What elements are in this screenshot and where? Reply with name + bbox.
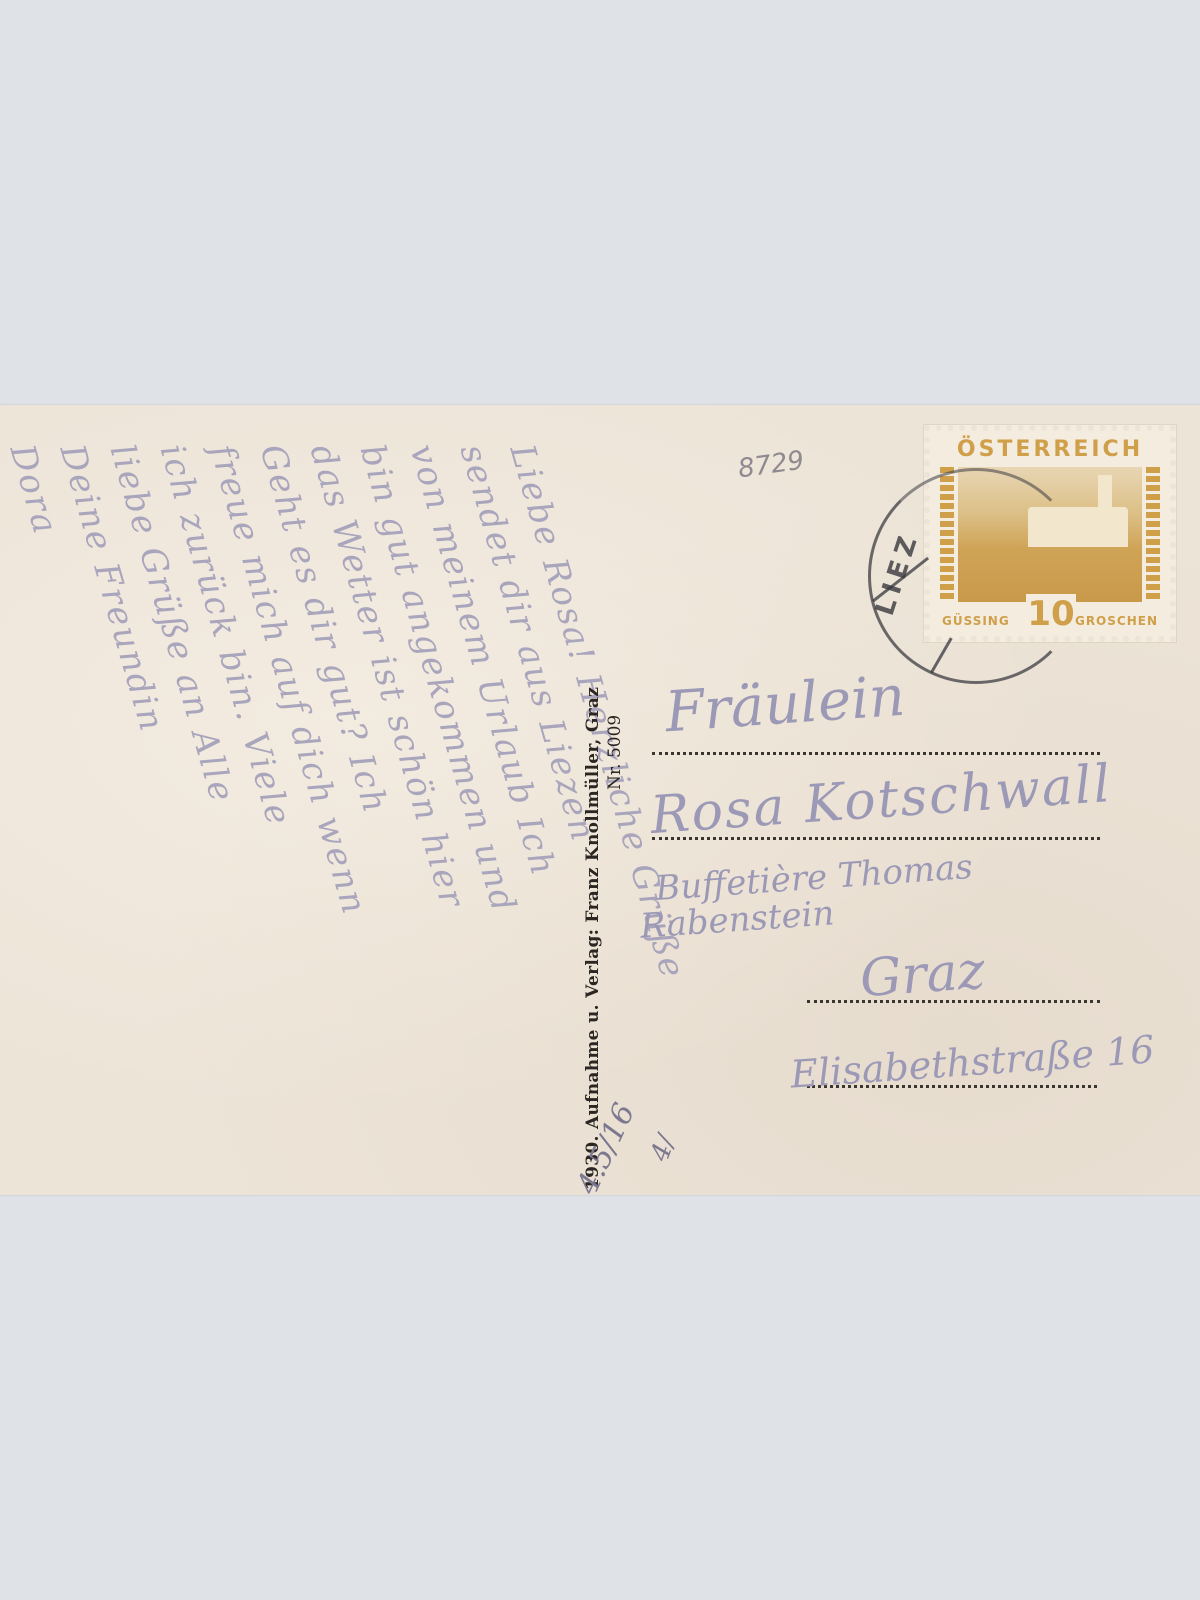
address-line: [652, 752, 1100, 755]
stamp-country: ÖSTERREICH: [938, 437, 1162, 462]
stamp-currency: GROSCHEN: [1073, 614, 1160, 628]
stamp-frame-right: [1146, 467, 1160, 602]
publisher-imprint: 1930. Aufnahme u. Verlag: Franz Knollmül…: [583, 687, 603, 1190]
address-city: Graz: [858, 941, 987, 1010]
church-tower-icon: [1098, 475, 1112, 525]
publisher-number: Nr. 5009: [605, 715, 625, 790]
